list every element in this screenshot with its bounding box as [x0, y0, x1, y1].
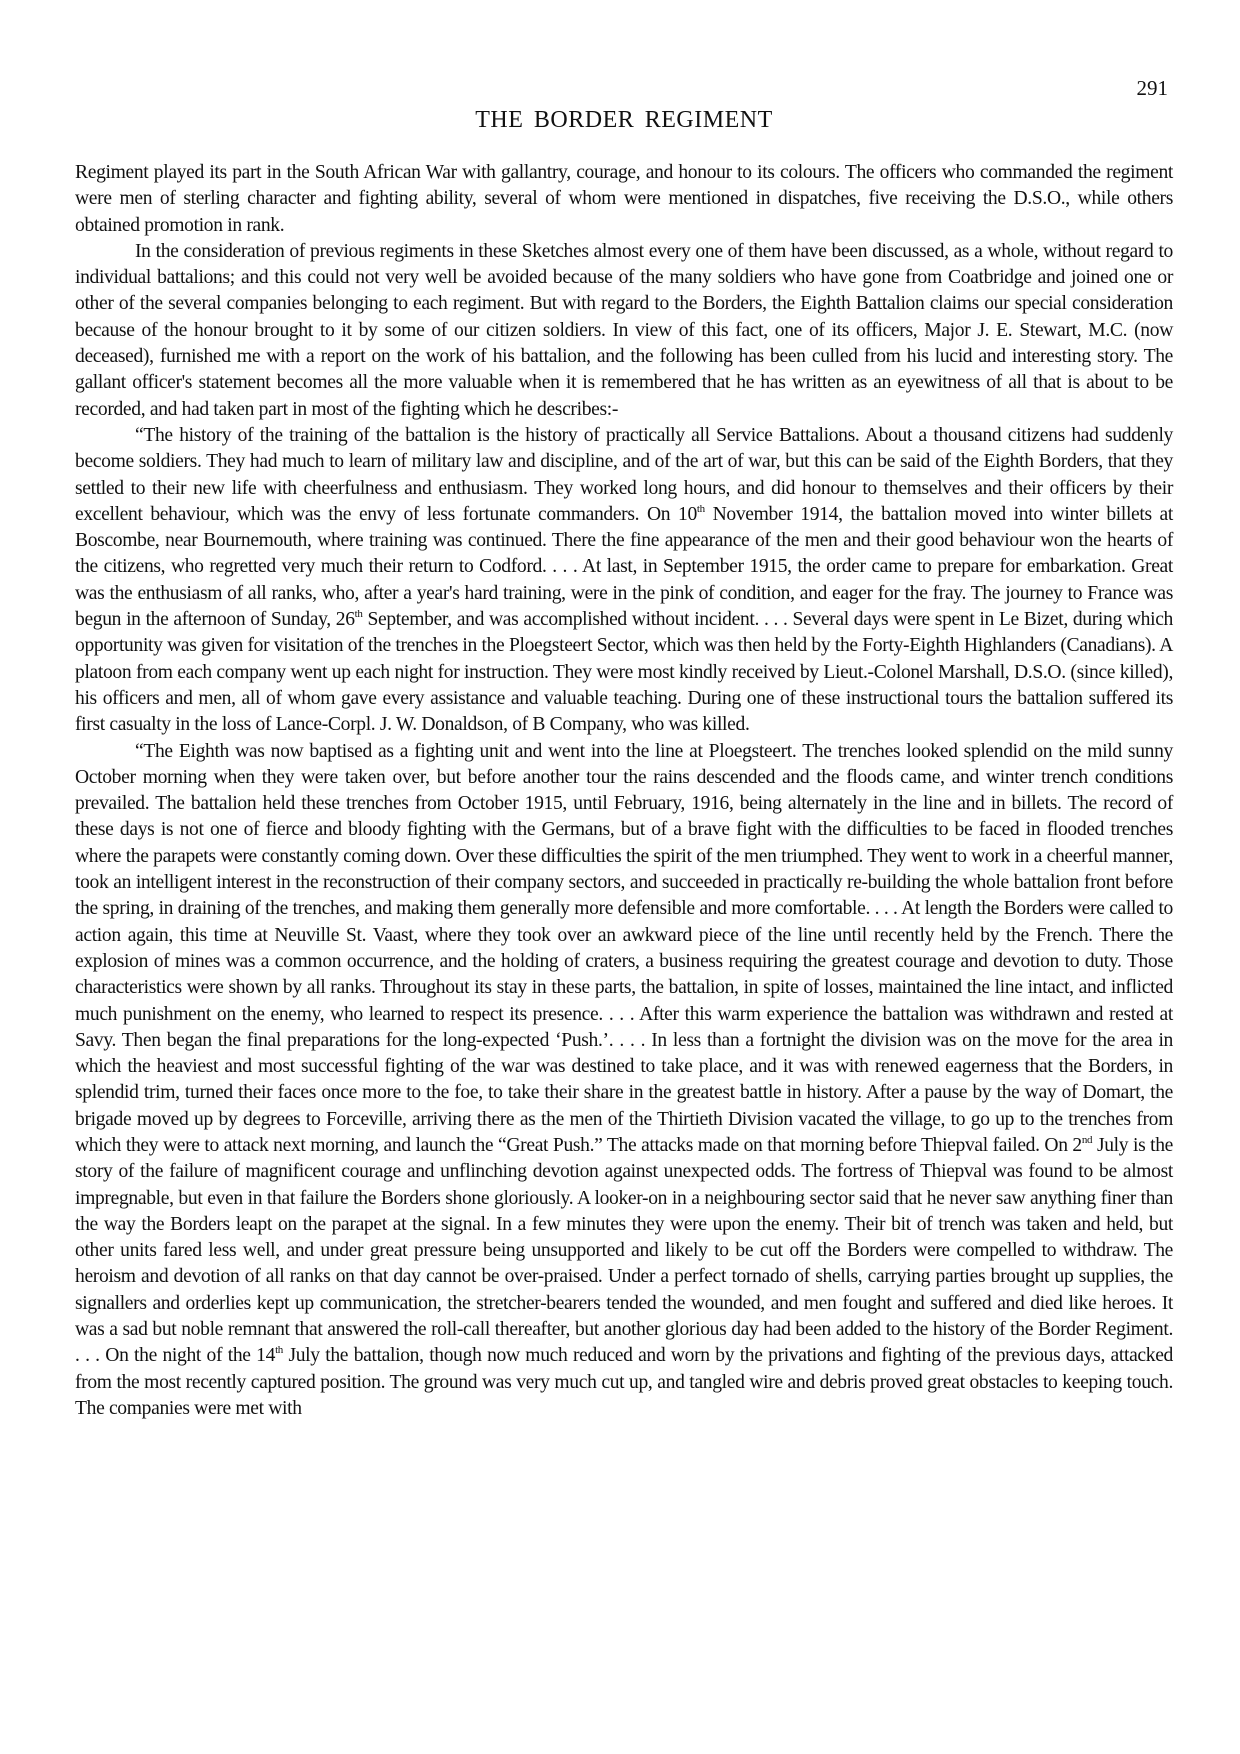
paragraph-text: “The Eighth was now baptised as a fighti…	[75, 741, 1173, 1156]
page-number: 291	[1137, 76, 1169, 100]
paragraph-text: Regiment played its part in the South Af…	[75, 162, 1173, 236]
running-head: THE BORDER REGIMENT	[0, 106, 1240, 134]
ordinal-superscript: th	[355, 608, 363, 620]
paragraph: “The Eighth was now baptised as a fighti…	[75, 739, 1173, 1423]
paragraph-text: July is the story of the failure of magn…	[75, 1135, 1173, 1366]
ordinal-superscript: th	[275, 1344, 283, 1356]
paragraph: In the consideration of previous regimen…	[75, 239, 1173, 423]
paragraph-text: In the consideration of previous regimen…	[75, 241, 1173, 420]
paragraph: “The history of the training of the batt…	[75, 423, 1173, 739]
ordinal-superscript: nd	[1082, 1134, 1092, 1146]
paragraph: Regiment played its part in the South Af…	[75, 160, 1173, 239]
ordinal-superscript: th	[697, 503, 705, 515]
body-text: Regiment played its part in the South Af…	[75, 160, 1173, 1422]
